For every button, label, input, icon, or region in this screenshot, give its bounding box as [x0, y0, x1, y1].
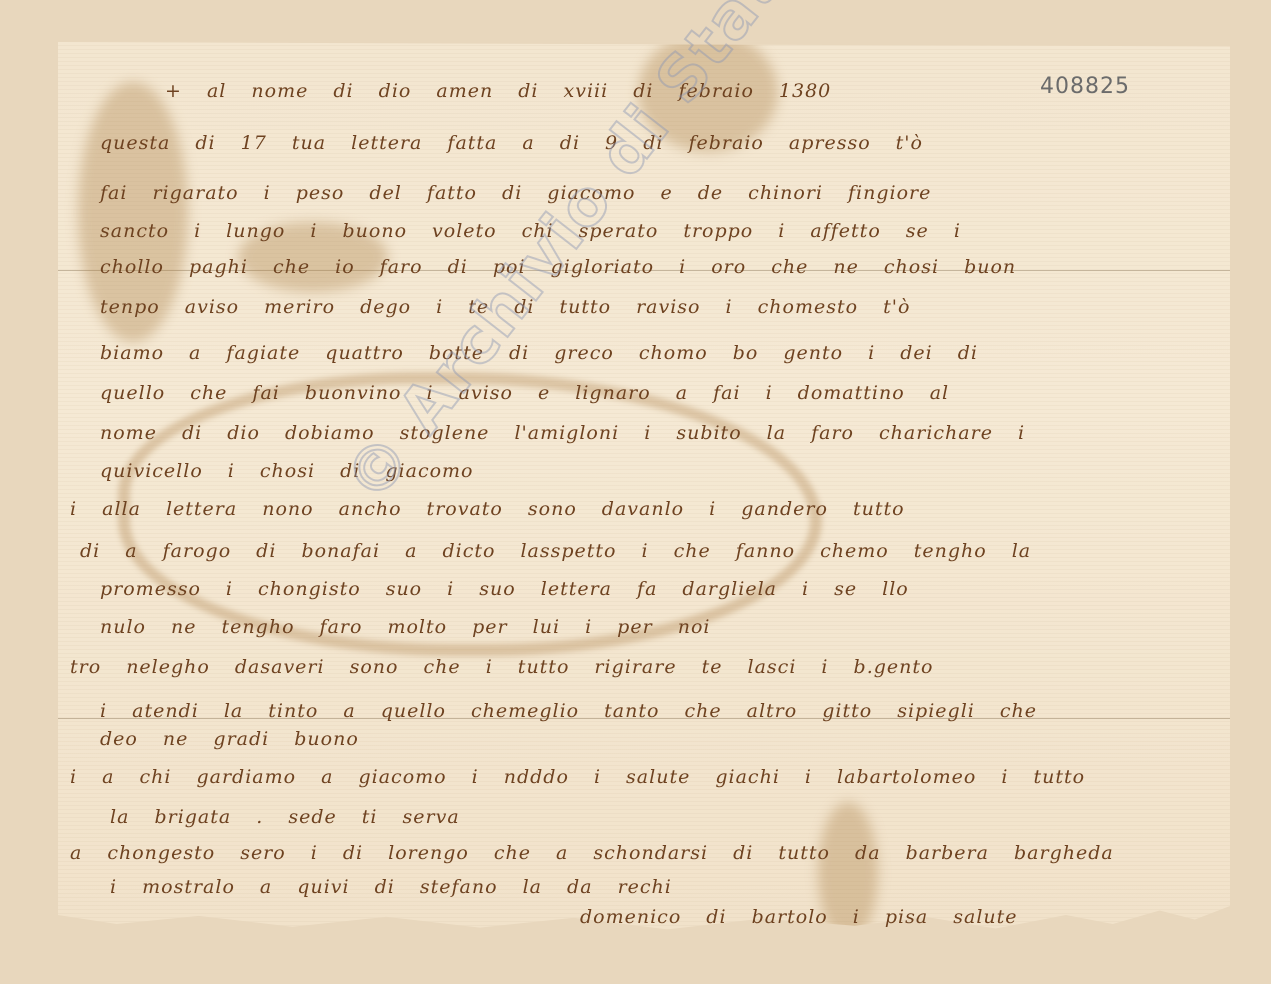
- letter-line: promesso i chongisto suo i suo lettera f…: [100, 578, 909, 600]
- letter-line: i a chi gardiamo a giacomo i ndddo i sal…: [70, 766, 1085, 788]
- letter-line: nome di dio dobiamo stoglene l'amigloni …: [100, 422, 1025, 444]
- letter-line: nulo ne tengho faro molto per lui i per …: [100, 616, 710, 638]
- archive-number: 408825: [1040, 74, 1130, 99]
- letter-line: tro nelegho dasaveri sono che i tutto ri…: [70, 656, 933, 678]
- letter-line: + al nome di dio amen di xviii di febrai…: [165, 80, 831, 102]
- letter-line: quello che fai buonvino i aviso e lignar…: [100, 382, 949, 404]
- letter-line: fai rigarato i peso del fatto di giacomo…: [100, 182, 931, 204]
- signature-line: domenico di bartolo i pisa salute: [580, 906, 1018, 928]
- letter-line: deo ne gradi buono: [100, 728, 359, 750]
- letter-line: di a farogo di bonafai a dicto lasspetto…: [80, 540, 1031, 562]
- letter-line: i alla lettera nono ancho trovato sono d…: [70, 498, 905, 520]
- letter-line: la brigata . sede ti serva: [110, 806, 460, 828]
- letter-line: questa di 17 tua lettera fatta a di 9 di…: [100, 132, 923, 154]
- letter-line: biamo a fagiate quattro botte di greco c…: [100, 342, 978, 364]
- letter-line: i atendi la tinto a quello chemeglio tan…: [100, 700, 1037, 722]
- letter-line: i mostralo a quivi di stefano la da rech…: [110, 876, 672, 898]
- letter-line: a chongesto sero i di lorengo che a scho…: [70, 842, 1114, 864]
